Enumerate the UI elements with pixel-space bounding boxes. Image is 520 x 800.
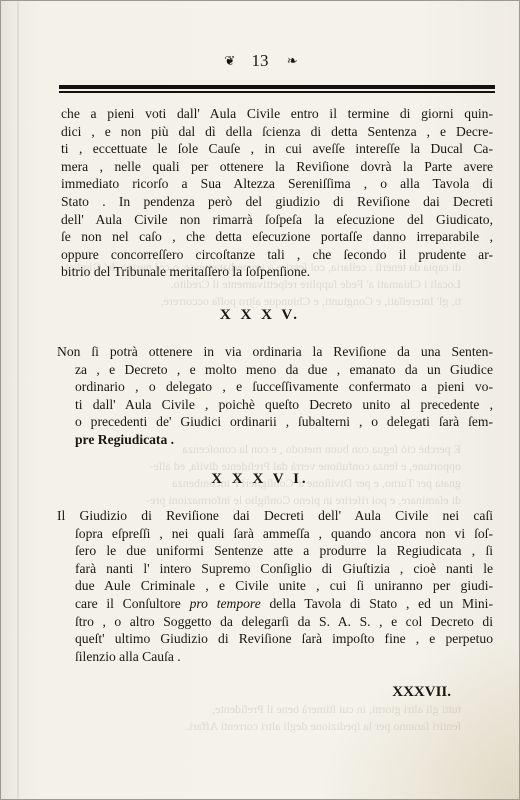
text-run: della Tavola di Stato , ed un Mini- xyxy=(270,596,494,611)
catchword: XXXVII. xyxy=(392,684,451,701)
text-line: oppure concorreſſero circoſtanze tali , … xyxy=(61,246,493,264)
text-line: immediato ricorſo a Sua Altezza Sereniſſ… xyxy=(61,175,493,193)
page-header: ❦ 13 ❧ xyxy=(1,51,519,71)
text-line: Stato . In pendenza però del giudizio di… xyxy=(61,193,493,211)
text-line: due Aule Criminale , e Civile unite , cu… xyxy=(57,577,493,595)
fleuron-left-icon: ❦ xyxy=(224,53,233,69)
fleuron-right-icon: ❧ xyxy=(287,53,296,69)
section-35-paragraph: Non ſi potrà ottenere in via ordinaria l… xyxy=(57,343,493,449)
text-line: za , e Decreto , e molto meno da due , e… xyxy=(57,361,493,379)
italic-phrase: pro tempore xyxy=(190,596,261,611)
text-line: mera , nelle quali per ottenere la Reviſ… xyxy=(61,158,493,176)
text-line: Il Giudizio di Reviſione dai Decreti del… xyxy=(57,507,493,525)
text-line: ſopra eſpreſſi , nei quali ſarà ammeſſa … xyxy=(57,525,493,543)
text-line: ſilenzio alla Cauſa . xyxy=(57,648,493,666)
header-rule-thick xyxy=(59,85,495,89)
text-line: ſero le due uniformi Sentenze atte a pro… xyxy=(57,542,493,560)
text-line: Non ſi potrà ottenere in via ordinaria l… xyxy=(57,343,493,361)
text-line: o precedenti de' Giudici ordinarii , ſub… xyxy=(57,413,493,431)
continuation-paragraph: che a pieni voti dall' Aula Civile entro… xyxy=(61,105,493,281)
text-line: ſe non nel caſo , che detta eſecuzione p… xyxy=(61,228,493,246)
section-heading-36: X X X V I. xyxy=(1,471,519,488)
document-page: di capia da tenerſi . cellaria, col ſent… xyxy=(0,0,520,800)
text-line: queſt' ultimo Giudizio di Reviſione ſarà… xyxy=(57,630,493,648)
text-line: dici , e non più dal dì della ſcienza di… xyxy=(61,123,493,141)
text-line: bitrio del Tribunale meritaſſero la ſoſp… xyxy=(61,263,493,281)
text-line: ordinario , o delegato , e ſucceſſivamen… xyxy=(57,378,493,396)
header-rule-thin xyxy=(59,91,495,93)
text-line: pre Regiudicata . xyxy=(57,431,493,449)
text-line: ſtro , o altro Soggetto da delegarſi da … xyxy=(57,613,493,631)
section-heading-35: X X X V. xyxy=(1,307,519,324)
text-line: care il Conſultore pro tempore della Tav… xyxy=(57,595,493,613)
text-run: care il Conſultore xyxy=(75,596,181,611)
text-line: farà nanti l' intero Supremo Conſiglio d… xyxy=(57,560,493,578)
text-line: dell' Aula Civile non rimarrà ſoſpeſa la… xyxy=(61,211,493,229)
page-number: 13 xyxy=(252,51,269,70)
section-36-paragraph: Il Giudizio di Reviſione dai Decreti del… xyxy=(57,507,493,665)
text-line: che a pieni voti dall' Aula Civile entro… xyxy=(61,105,493,123)
bleed-through-text-3: tutti gli altri giorni, in cui ſtimerà b… xyxy=(131,701,461,735)
text-line: ti dall' Aula Civile , poichè queſto Dec… xyxy=(57,396,493,414)
text-line: ti , eccettuate le ſole Cauſe , in cui a… xyxy=(61,140,493,158)
